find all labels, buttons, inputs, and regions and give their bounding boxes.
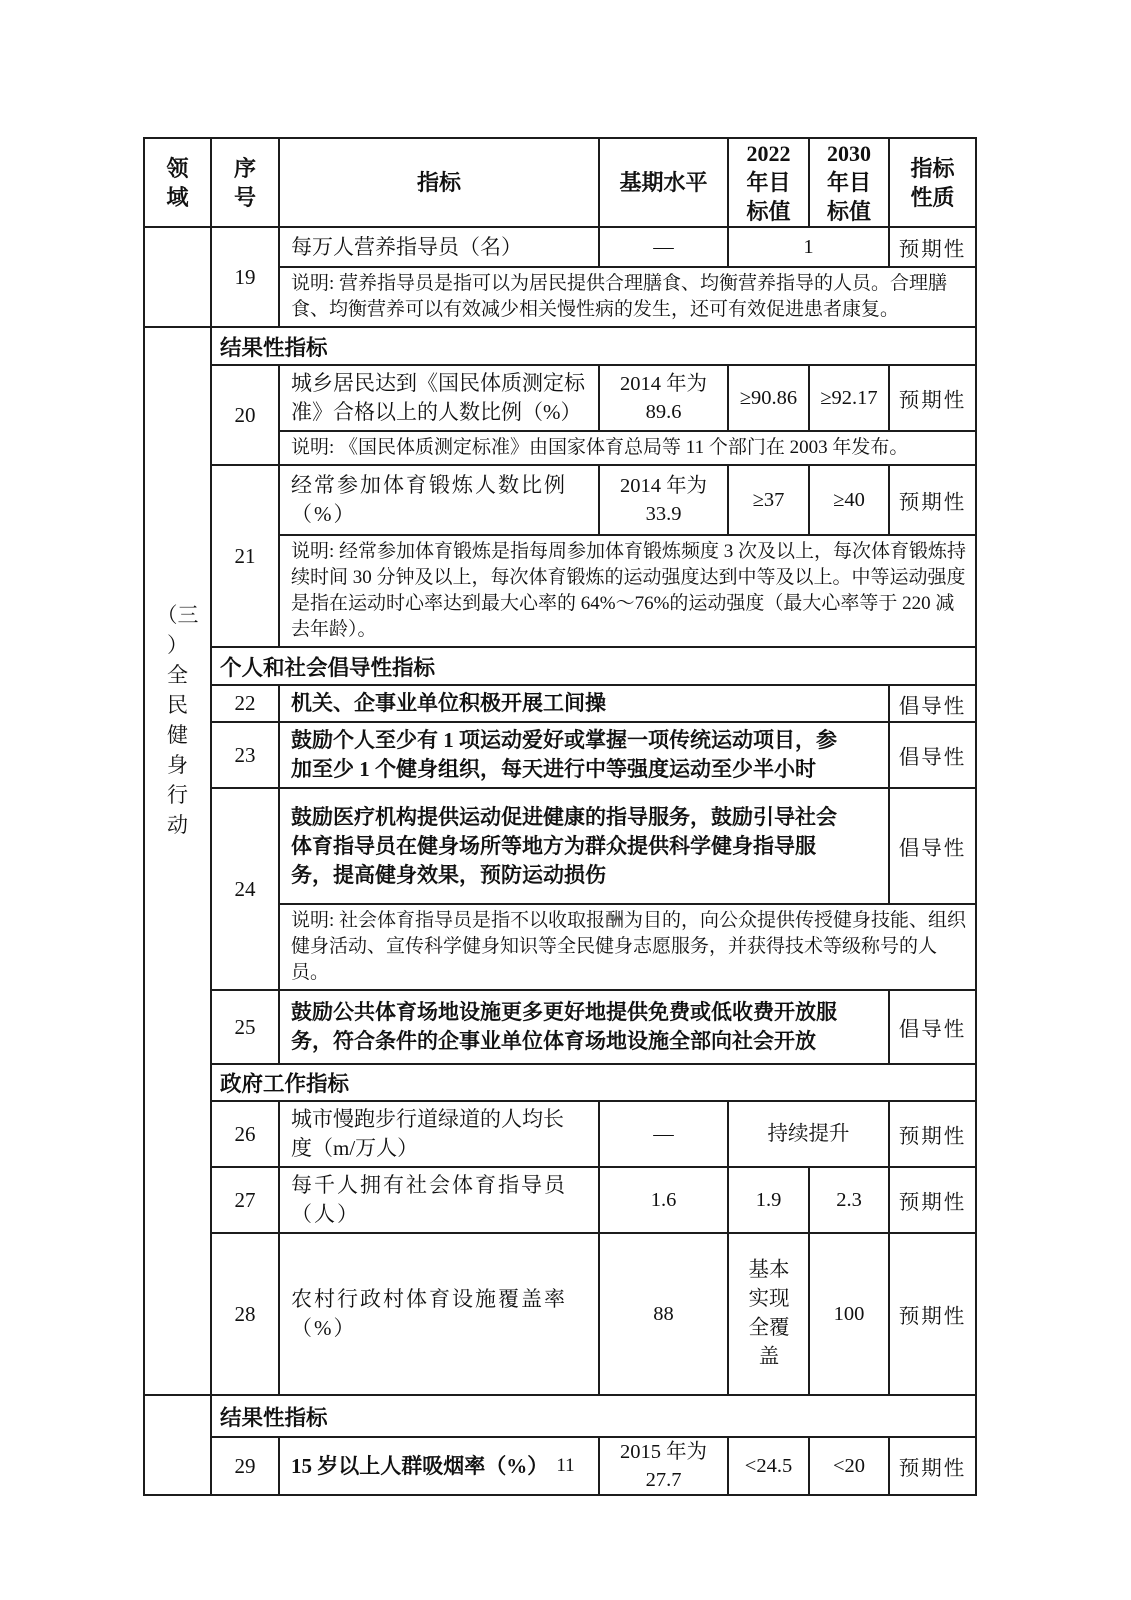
row24-note: 说明: 社会体育指导员是指不以收取报酬为目的，向公众提供传授健身技能、组织健身活… [279, 904, 976, 990]
table-row: 27 每千人拥有社会体育指导员 （人） 1.6 1.9 2.3 预期性 [144, 1167, 976, 1233]
row26-indicator: 城市慢跑步行道绿道的人均长 度（m/万人） [279, 1101, 599, 1167]
row27-target-2022: 1.9 [728, 1167, 809, 1233]
table-row: 23 鼓励个人至少有 1 项运动爱好或掌握一项传统运动项目，参 加至少 1 个健… [144, 722, 976, 788]
row24-serial: 24 [211, 788, 279, 990]
table-row: 政府工作指标 [144, 1064, 976, 1101]
domain-cell-empty-bottom [144, 1395, 211, 1495]
indicator-table: 领 域 序 号 指标 基期水平 2022 年目 标值 2030 年目 标值 指标… [143, 137, 977, 1496]
domain-label: （三 ） 全 民 健 身 行 动 [144, 327, 211, 1395]
row22-nature: 倡导性 [889, 685, 976, 722]
row21-serial: 21 [211, 465, 279, 647]
row23-indicator: 鼓励个人至少有 1 项运动爱好或掌握一项传统运动项目，参 加至少 1 个健身组织… [279, 722, 889, 788]
table-row: 26 城市慢跑步行道绿道的人均长 度（m/万人） — 持续提升 预期性 [144, 1101, 976, 1167]
row21-note: 说明: 经常参加体育锻炼是指每周参加体育锻炼频度 3 次及以上，每次体育锻炼持续… [279, 535, 976, 647]
table-row: 19 每万人营养指导员（名） — 1 预期性 [144, 227, 976, 267]
section-results-2: 结果性指标 [211, 1395, 976, 1437]
row26-serial: 26 [211, 1101, 279, 1167]
row21-baseline: 2014 年为 33.9 [599, 465, 728, 535]
table-row: 个人和社会倡导性指标 [144, 647, 976, 685]
table-row: 22 机关、企事业单位积极开展工间操 倡导性 [144, 685, 976, 722]
row20-indicator: 城乡居民达到《国民体质测定标 准》合格以上的人数比例（%） [279, 365, 599, 431]
row23-serial: 23 [211, 722, 279, 788]
row23-nature: 倡导性 [889, 722, 976, 788]
indicator-table-sheet: 领 域 序 号 指标 基期水平 2022 年目 标值 2030 年目 标值 指标… [143, 137, 977, 1496]
row27-indicator: 每千人拥有社会体育指导员 （人） [279, 1167, 599, 1233]
row19-target: 1 [728, 227, 889, 267]
row27-baseline: 1.6 [599, 1167, 728, 1233]
table-row: 21 经常参加体育锻炼人数比例 （%） 2014 年为 33.9 ≥37 ≥40… [144, 465, 976, 535]
row20-note: 说明: 《国民体质测定标准》由国家体育总局等 11 个部门在 2003 年发布。 [279, 431, 976, 465]
row27-nature: 预期性 [889, 1167, 976, 1233]
row28-baseline: 88 [599, 1233, 728, 1395]
table-row: 25 鼓励公共体育场地设施更多更好地提供免费或低收费开放服 务，符合条件的企事业… [144, 990, 976, 1064]
row19-indicator: 每万人营养指导员（名） [279, 227, 599, 267]
table-row: （三 ） 全 民 健 身 行 动 结果性指标 [144, 327, 976, 365]
row28-indicator: 农村行政村体育设施覆盖率 （%） [279, 1233, 599, 1395]
row22-serial: 22 [211, 685, 279, 722]
row21-target-2030: ≥40 [809, 465, 889, 535]
table-row: 24 鼓励医疗机构提供运动促进健康的指导服务，鼓励引导社会 体育指导员在健身场所… [144, 788, 976, 904]
row24-nature: 倡导性 [889, 788, 976, 904]
row24-indicator: 鼓励医疗机构提供运动促进健康的指导服务，鼓励引导社会 体育指导员在健身场所等地方… [279, 788, 889, 904]
header-baseline: 基期水平 [599, 138, 728, 227]
row20-baseline: 2014 年为 89.6 [599, 365, 728, 431]
document-page: { "page": { "number": "11" }, "domain_co… [0, 0, 1131, 1600]
header-indicator: 指标 [279, 138, 599, 227]
row26-baseline: — [599, 1101, 728, 1167]
row19-note: 说明: 营养指导员是指可以为居民提供合理膳食、均衡营养指导的人员。合理膳食、均衡… [279, 267, 976, 327]
row25-indicator: 鼓励公共体育场地设施更多更好地提供免费或低收费开放服 务，符合条件的企事业单位体… [279, 990, 889, 1064]
row26-target: 持续提升 [728, 1101, 889, 1167]
header-target-2022: 2022 年目 标值 [728, 138, 809, 227]
section-government: 政府工作指标 [211, 1064, 976, 1101]
row21-target-2022: ≥37 [728, 465, 809, 535]
row25-nature: 倡导性 [889, 990, 976, 1064]
row19-serial: 19 [211, 227, 279, 327]
row27-target-2030: 2.3 [809, 1167, 889, 1233]
row28-target-2030: 100 [809, 1233, 889, 1395]
header-target-2030: 2030 年目 标值 [809, 138, 889, 227]
row21-nature: 预期性 [889, 465, 976, 535]
header-nature: 指标 性质 [889, 138, 976, 227]
row27-serial: 27 [211, 1167, 279, 1233]
row19-baseline: — [599, 227, 728, 267]
row20-nature: 预期性 [889, 365, 976, 431]
header-serial: 序 号 [211, 138, 279, 227]
row28-target-2022: 基本实现全覆盖 [728, 1233, 809, 1395]
row28-nature: 预期性 [889, 1233, 976, 1395]
row20-target-2022: ≥90.86 [728, 365, 809, 431]
row26-nature: 预期性 [889, 1101, 976, 1167]
row21-indicator: 经常参加体育锻炼人数比例 （%） [279, 465, 599, 535]
domain-cell-empty-top [144, 227, 211, 327]
header-row: 领 域 序 号 指标 基期水平 2022 年目 标值 2030 年目 标值 指标… [144, 138, 976, 227]
row19-nature: 预期性 [889, 227, 976, 267]
table-row: 20 城乡居民达到《国民体质测定标 准》合格以上的人数比例（%） 2014 年为… [144, 365, 976, 431]
row20-serial: 20 [211, 365, 279, 465]
row20-target-2030: ≥92.17 [809, 365, 889, 431]
row25-serial: 25 [211, 990, 279, 1064]
header-domain: 领 域 [144, 138, 211, 227]
row22-indicator: 机关、企事业单位积极开展工间操 [279, 685, 889, 722]
table-row: 28 农村行政村体育设施覆盖率 （%） 88 基本实现全覆盖 100 预期性 [144, 1233, 976, 1395]
table-row: 结果性指标 [144, 1395, 976, 1437]
page-number: 11 [0, 1455, 1131, 1477]
section-results-1: 结果性指标 [211, 327, 976, 365]
row28-serial: 28 [211, 1233, 279, 1395]
section-personal-social: 个人和社会倡导性指标 [211, 647, 976, 685]
